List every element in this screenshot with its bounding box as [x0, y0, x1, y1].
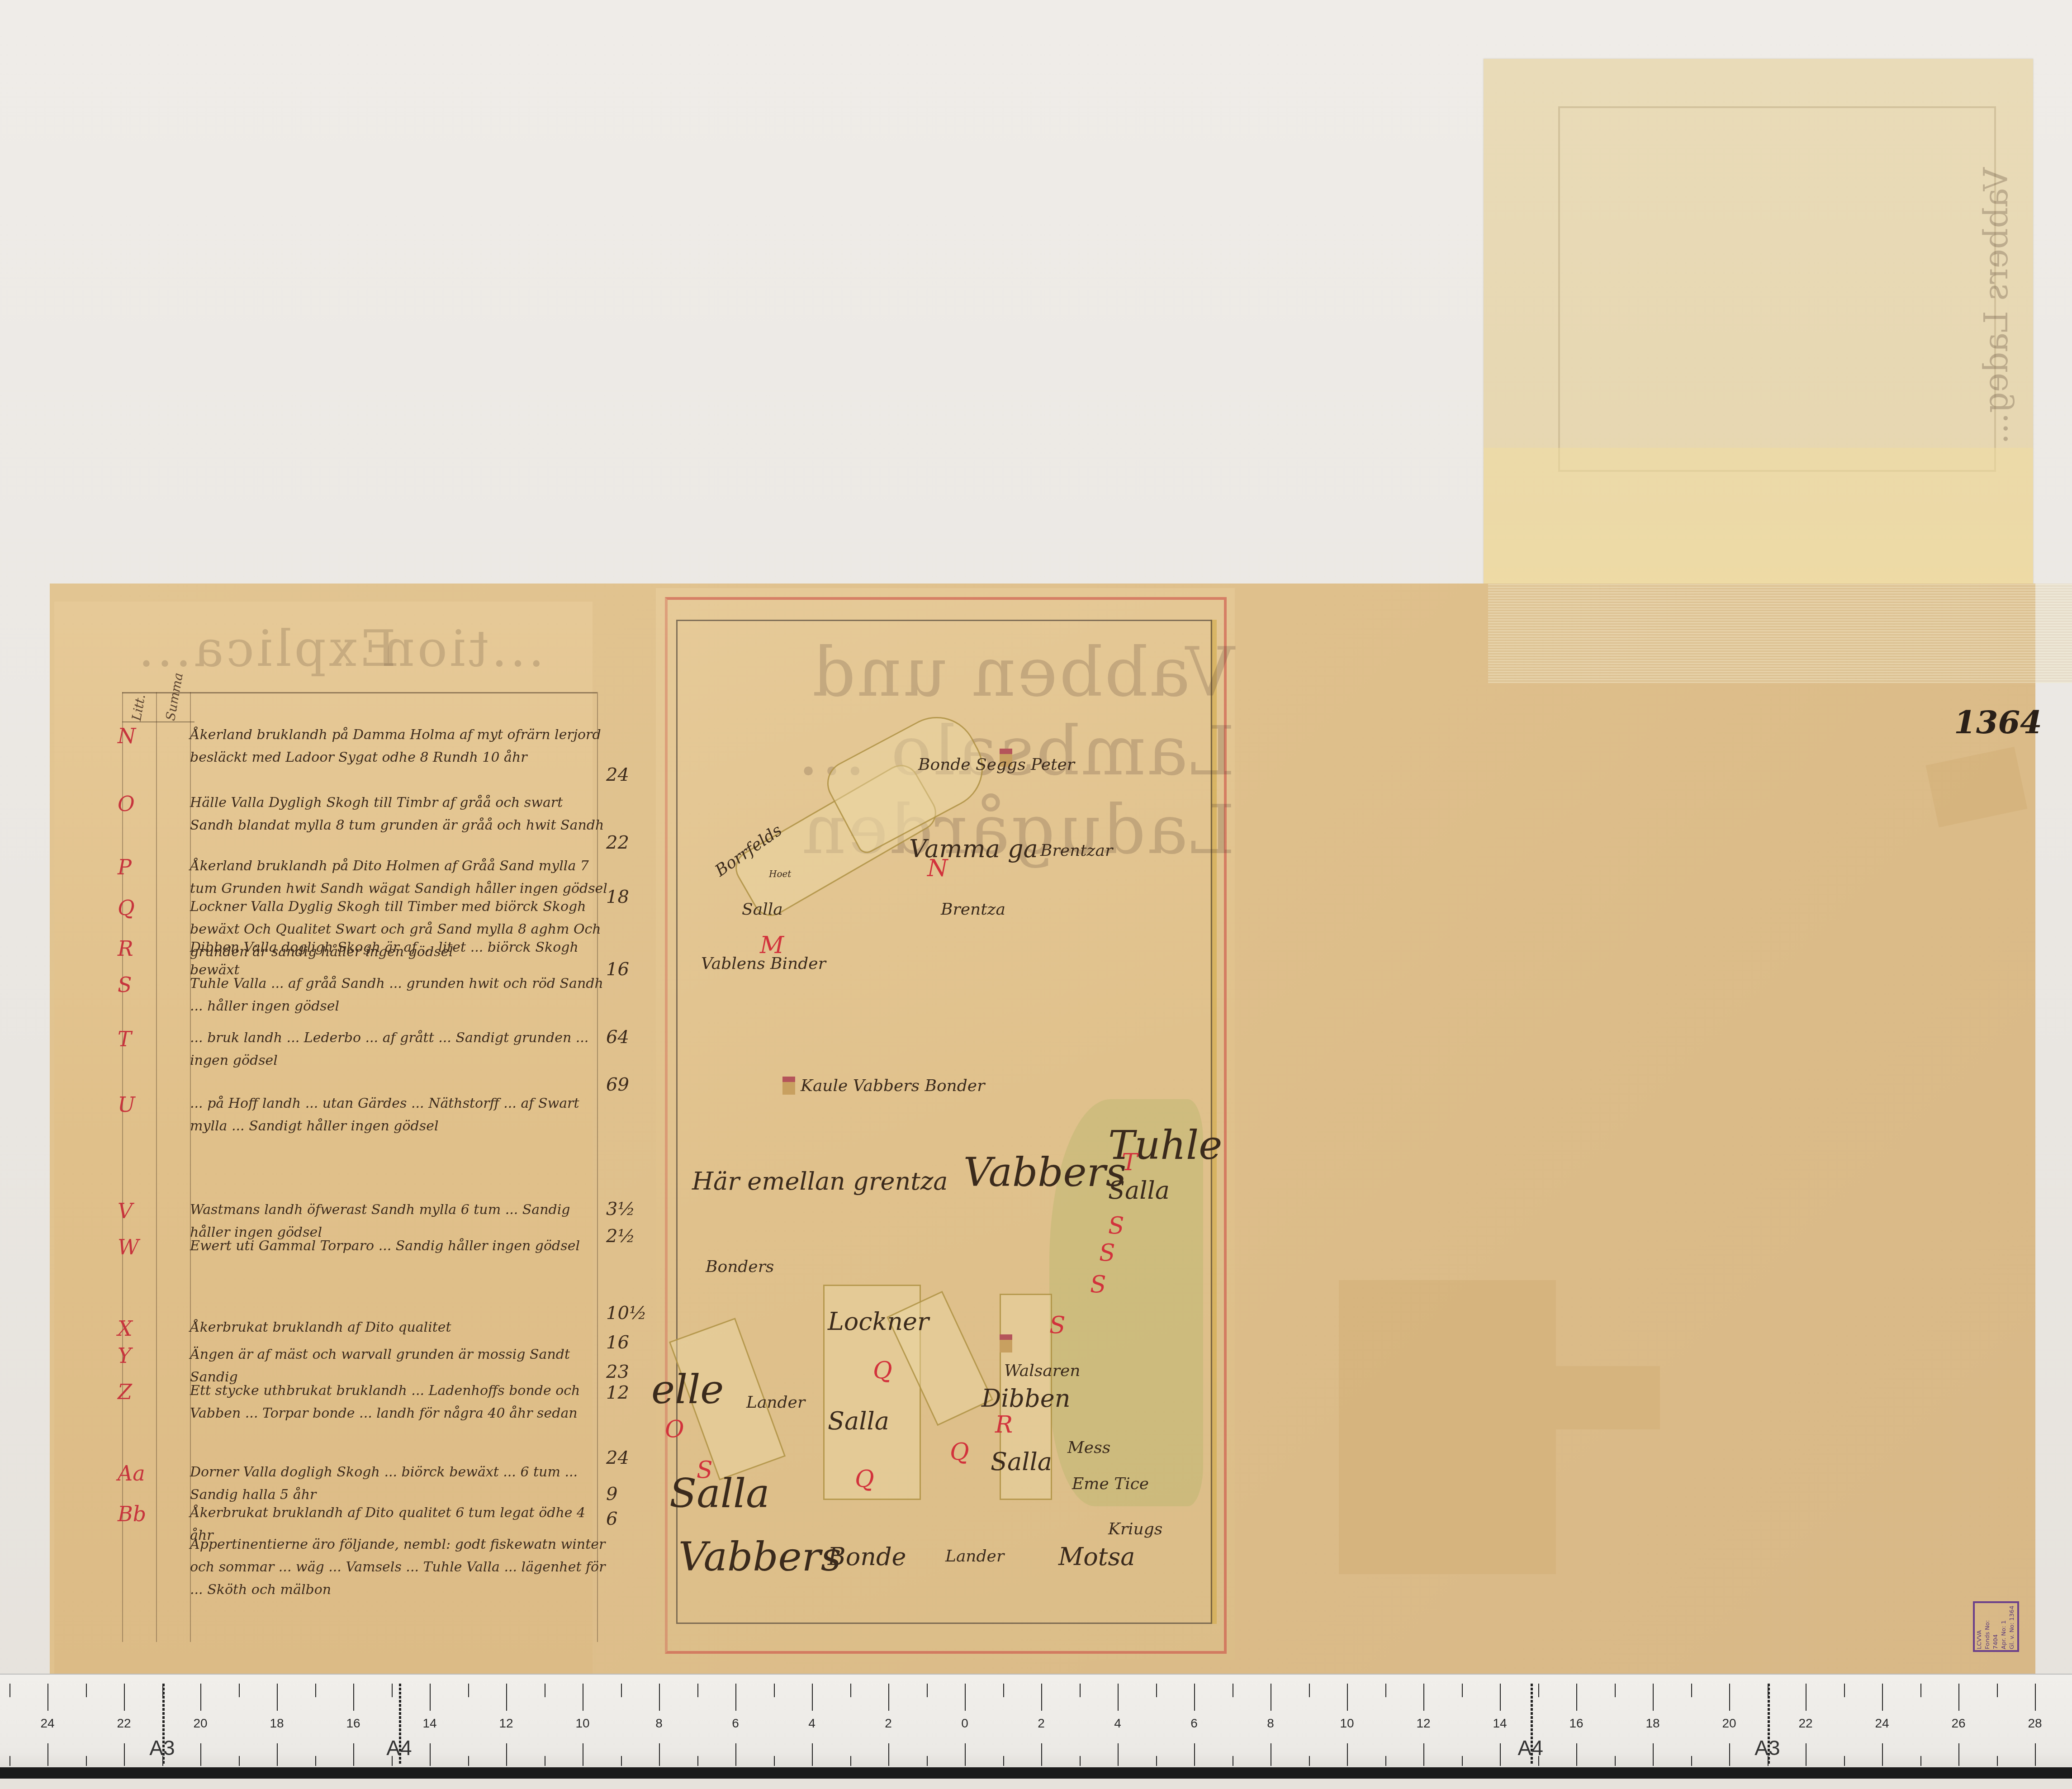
ruler-tick — [1156, 1756, 1157, 1766]
ruler-tick — [1271, 1684, 1271, 1711]
parcel-letter-mark: S — [1090, 1271, 1106, 1298]
ruler-tick — [1729, 1684, 1730, 1711]
ruler-tick — [1309, 1756, 1310, 1766]
ruler-tick — [1576, 1743, 1577, 1766]
ruler-tick — [2035, 1743, 2036, 1766]
column-rule — [122, 692, 123, 1642]
map-label: Lockner — [828, 1307, 929, 1336]
parcel-letter-mark: Q — [950, 1438, 969, 1466]
repair-patch — [1556, 1366, 1660, 1429]
ruler-tick-label: 2 — [885, 1716, 892, 1731]
ruler-tick-label: 12 — [1416, 1716, 1430, 1731]
ruler-tick — [583, 1743, 583, 1766]
ruler-tick — [1233, 1684, 1233, 1697]
entry-letter: R — [118, 936, 133, 961]
entry-area: 69 — [606, 1074, 629, 1095]
entry-area: 3½ — [606, 1199, 635, 1220]
ruler-tick-label: 16 — [346, 1716, 360, 1731]
ruler-tick — [1385, 1684, 1386, 1697]
ruler-base — [0, 1767, 2072, 1779]
ruler-tick-label: 14 — [422, 1716, 436, 1731]
map-label: Dibben — [981, 1384, 1070, 1413]
entry-letter: U — [118, 1092, 135, 1117]
ruler-tick — [86, 1684, 87, 1697]
ruler-tick — [9, 1756, 10, 1766]
stamp-line: Gl. v. No: 1364 — [2008, 1604, 2016, 1649]
ruler-tick — [239, 1756, 240, 1766]
ruler-tick — [545, 1756, 545, 1766]
map-label: Salla — [828, 1407, 889, 1435]
ruler-tick — [1500, 1684, 1501, 1711]
ruler-tick — [1118, 1684, 1119, 1711]
entry-letter: N — [118, 724, 136, 748]
ruler-tick — [1003, 1684, 1004, 1697]
ruler-tick-label: 8 — [655, 1716, 663, 1731]
ruler-tick — [200, 1743, 201, 1766]
entry-letter: Bb — [118, 1502, 146, 1526]
entry-letter: T — [118, 1027, 132, 1051]
entry-text: Dorner Valla dogligh Skogh ... biörck be… — [190, 1461, 611, 1506]
entry-letter: P — [118, 855, 132, 879]
ruler-tick-label: 14 — [1493, 1716, 1507, 1731]
entry-letter: Q — [118, 896, 135, 920]
ruler-tick — [850, 1756, 851, 1766]
entry-area: 64 — [606, 1027, 629, 1048]
ruler-tick — [1003, 1756, 1004, 1766]
sheet-number: 1364 — [1954, 703, 2042, 741]
map-label: Lander — [945, 1547, 1004, 1566]
ruler-tick — [1997, 1684, 1998, 1697]
ruler-tick — [774, 1684, 775, 1697]
ruler-tick — [239, 1684, 240, 1697]
entry-area: 9 — [606, 1484, 617, 1504]
map-label: Brentza — [941, 900, 1005, 919]
entry-area: 24 — [606, 764, 629, 785]
stamp-line: Apr. No: 1 — [2000, 1604, 2008, 1649]
ruler-tick — [2035, 1684, 2036, 1711]
entry-letter: V — [118, 1199, 133, 1223]
ruler-tick — [1920, 1756, 1921, 1766]
entry-area: 2½ — [606, 1226, 635, 1247]
map-label: Bonde — [828, 1542, 906, 1571]
ruler-tick — [583, 1684, 583, 1711]
ruler-tick — [1958, 1743, 1959, 1766]
ruler-tick — [1500, 1743, 1501, 1766]
cover-ghost-title: Vabbers Ladeg... — [1977, 167, 2015, 444]
ruler-tick — [1347, 1743, 1348, 1766]
parcel-letter-mark: T — [1122, 1149, 1138, 1176]
ruler-tick — [1385, 1756, 1386, 1766]
ruler-tick-label: 18 — [1645, 1716, 1659, 1731]
cover-sheet: Vabbers Ladeg... — [1484, 59, 2033, 629]
ruler-tick — [315, 1756, 316, 1766]
ruler-tick — [735, 1684, 736, 1711]
ruler-tick — [1347, 1684, 1348, 1711]
paper-format-label: A4 — [1517, 1736, 1543, 1760]
ruler-tick — [353, 1684, 354, 1711]
table-top-rule — [122, 692, 597, 693]
entry-text: Hälle Valla Dygligh Skogh till Timbr af … — [190, 792, 611, 837]
repair-patch — [1339, 1280, 1556, 1574]
ruler-tick-label: 4 — [808, 1716, 816, 1731]
parcel-letter-mark: S — [1108, 1212, 1124, 1239]
ruler-tick-label: 2 — [1038, 1716, 1045, 1731]
ruler-tick — [1958, 1684, 1959, 1711]
map-label: elle — [651, 1366, 724, 1413]
ruler-tick-label: 20 — [1722, 1716, 1736, 1731]
entry-letter: W — [118, 1235, 139, 1259]
map-label: Salla — [742, 900, 783, 919]
ruler-tick — [812, 1684, 813, 1711]
stamp-header: LCVVA — [1976, 1604, 1984, 1649]
ruler-tick — [506, 1743, 507, 1766]
map-label: Bonde Seggs Peter — [918, 755, 1075, 774]
column-header-litt: Litt. — [129, 693, 148, 722]
entry-area: 22 — [606, 832, 629, 853]
ruler-tick — [1423, 1743, 1424, 1766]
ruler-tick — [1118, 1743, 1119, 1766]
ruler-tick-label: 12 — [499, 1716, 513, 1731]
ruler-tick — [47, 1743, 48, 1766]
ruler-tick — [965, 1684, 966, 1711]
cover-frame — [1558, 106, 1996, 472]
ruler-tick — [1080, 1756, 1081, 1766]
ruler-tick — [735, 1743, 736, 1766]
ruler-tick — [124, 1743, 125, 1766]
map-label: Hoet — [769, 868, 791, 879]
archive-stamp: LCVVA Fonds No: 7404 Apr. No: 1 Gl. v. N… — [1973, 1601, 2019, 1652]
map-label: Salla — [991, 1447, 1052, 1476]
measuring-ruler: 3836343230282624222018161412108642024681… — [0, 1674, 2072, 1779]
map-label: Vabbers — [963, 1149, 1126, 1196]
ruler-tick — [1882, 1684, 1883, 1711]
ruler-tick — [1271, 1743, 1271, 1766]
ruler-tick — [850, 1684, 851, 1697]
ruler-tick — [200, 1684, 201, 1711]
ruler-tick — [774, 1756, 775, 1766]
entry-text: ... på Hoff landh ... utan Gärdes ... Nä… — [190, 1092, 611, 1138]
ruler-tick — [927, 1684, 928, 1697]
ruler-tick — [927, 1756, 928, 1766]
column-rule — [156, 692, 157, 1642]
ruler-tick-label: 10 — [1340, 1716, 1354, 1731]
ruler-tick — [1462, 1684, 1463, 1697]
ruler-tick — [1882, 1743, 1883, 1766]
parcel-letter-mark: M — [760, 932, 784, 959]
ruler-tick — [468, 1756, 469, 1766]
map-label: Lander — [746, 1393, 805, 1412]
farmhouse-icon — [782, 1077, 795, 1095]
entry-area: 23 12 — [606, 1362, 629, 1403]
entry-text: Ewert uti Gammal Torparo ... Sandig håll… — [190, 1235, 611, 1258]
ruler-tick — [621, 1684, 622, 1697]
entry-text: Ett stycke uthbrukat bruklandh ... Laden… — [190, 1380, 611, 1425]
entry-letter: Aa — [118, 1461, 145, 1485]
parcel-letter-mark: S — [1049, 1312, 1066, 1339]
gauze-reinforcement — [1488, 584, 2072, 683]
parcel-letter-mark: Q — [855, 1466, 874, 1493]
entry-letter: Z — [118, 1380, 132, 1404]
entry-letter: S — [118, 973, 132, 997]
ruler-tick — [1423, 1684, 1424, 1711]
paper-format-label: A3 — [1754, 1736, 1780, 1760]
paper-format-label: A4 — [386, 1736, 412, 1760]
ruler-tick — [353, 1743, 354, 1766]
ruler-tick — [277, 1743, 278, 1766]
ruler-tick — [1806, 1684, 1806, 1711]
ruler-tick — [965, 1743, 966, 1766]
ruler-tick-label: 18 — [270, 1716, 284, 1731]
ruler-tick — [1156, 1684, 1157, 1697]
ruler-tick — [86, 1756, 87, 1766]
ruler-tick — [124, 1684, 125, 1711]
entry-text: ... bruk landh ... Lederbo ... af grått … — [190, 1027, 611, 1072]
ruler-tick — [9, 1684, 10, 1697]
ruler-tick — [1806, 1743, 1806, 1766]
ruler-tick-label: 10 — [575, 1716, 589, 1731]
ruler-tick-label: 0 — [961, 1716, 968, 1731]
ruler-tick — [47, 1684, 48, 1711]
ghost-heading-right: ...tion — [380, 620, 544, 678]
ruler-tick-label: 4 — [1114, 1716, 1121, 1731]
ruler-tick — [315, 1684, 316, 1697]
ruler-tick — [1615, 1684, 1616, 1697]
ruler-tick — [1691, 1756, 1692, 1766]
ruler-tick — [1615, 1756, 1616, 1766]
stamp-line: Fonds No: 7404 — [1984, 1604, 2000, 1649]
explanation-page: Explica... ...tion Litt. Summa N Åkerlan… — [54, 602, 593, 1674]
ruler-tick-label: 8 — [1267, 1716, 1274, 1731]
ruler-tick-label: 22 — [117, 1716, 131, 1731]
column-header-summa: Summa — [163, 672, 186, 722]
entry-area: 6 — [606, 1509, 617, 1529]
ruler-tick — [545, 1684, 545, 1697]
map-label: Salla — [669, 1470, 770, 1517]
ruler-tick — [1462, 1756, 1463, 1766]
ruler-tick — [621, 1756, 622, 1766]
ruler-tick — [506, 1684, 507, 1711]
map-label: Vabbers — [678, 1533, 841, 1580]
ruler-tick — [1080, 1684, 1081, 1697]
ruler-tick — [1729, 1743, 1730, 1766]
entry-letter: O — [118, 792, 135, 816]
map-label: Mess — [1067, 1438, 1110, 1457]
entry-area: 10½ — [606, 1303, 647, 1324]
ruler-tick — [392, 1684, 393, 1697]
parcel-letter-mark: S — [697, 1457, 713, 1484]
ruler-tick — [697, 1684, 698, 1697]
ruler-tick-label: 20 — [193, 1716, 207, 1731]
ruler-tick — [1309, 1684, 1310, 1697]
map-label: Motsa — [1058, 1542, 1135, 1571]
parcel-letter-mark: Q — [873, 1357, 892, 1384]
ghost-heading-left: Explica... — [136, 620, 396, 678]
entry-text: Tuhle Valla ... af gråå Sandh ... grunde… — [190, 973, 611, 1018]
farmhouse-icon — [1000, 1334, 1012, 1352]
map-label: Walsaren — [1004, 1362, 1081, 1380]
map-label: Salla — [1108, 1176, 1170, 1205]
ruler-tick — [812, 1743, 813, 1766]
ruler-tick — [1576, 1684, 1577, 1711]
paper-format-label: A3 — [149, 1736, 175, 1760]
ruler-tick — [1997, 1756, 1998, 1766]
ruler-tick — [659, 1743, 660, 1766]
ruler-tick — [277, 1684, 278, 1711]
ruler-tick — [1844, 1756, 1845, 1766]
ruler-tick — [888, 1743, 889, 1766]
map-label: Eme Tice — [1072, 1475, 1149, 1493]
entry-letter: X — [118, 1316, 133, 1341]
ruler-tick — [1041, 1743, 1042, 1766]
ruler-tick — [1691, 1684, 1692, 1697]
map-label: Brentzar — [1040, 841, 1113, 860]
header-rule — [122, 721, 194, 722]
ruler-tick-label: 24 — [40, 1716, 54, 1731]
ruler-tick — [659, 1684, 660, 1711]
ruler-tick-label: 24 — [1875, 1716, 1889, 1731]
entry-text: Appertinentierne äro följande, nembl: go… — [190, 1533, 611, 1601]
entry-letter: Y — [118, 1343, 131, 1368]
ruler-tick — [1844, 1684, 1845, 1697]
ruler-tick-label: 16 — [1569, 1716, 1583, 1731]
ruler-tick — [468, 1684, 469, 1697]
entry-text: Åkerland bruklandh på Damma Holma af myt… — [190, 724, 611, 769]
ruler-tick-label: 6 — [732, 1716, 739, 1731]
ruler-tick — [1653, 1684, 1654, 1711]
ruler-tick-label: 22 — [1798, 1716, 1812, 1731]
ruler-tick-label: 6 — [1190, 1716, 1198, 1731]
entry-area: 16 — [606, 1332, 629, 1353]
repair-patch — [1926, 747, 2028, 828]
entry-text: Åkerbrukat bruklandh af Dito qualitet — [190, 1316, 611, 1339]
ruler-tick — [430, 1743, 431, 1766]
ruler-tick — [1041, 1684, 1042, 1711]
ruler-tick — [1194, 1743, 1195, 1766]
ruler-tick — [1233, 1756, 1233, 1766]
ruler-tick-label: 26 — [1951, 1716, 1965, 1731]
ruler-tick — [1194, 1684, 1195, 1711]
map-label: Kriugs — [1108, 1520, 1162, 1538]
ruler-tick — [430, 1684, 431, 1711]
ruler-tick — [888, 1684, 889, 1711]
map-label: Här emellan grentza — [692, 1167, 948, 1196]
ruler-tick — [1653, 1743, 1654, 1766]
map-label: Kaule Vabbers Bonder — [801, 1077, 985, 1095]
ruler-tick — [1920, 1684, 1921, 1697]
map-label: Bonders — [706, 1258, 774, 1276]
entry-area: 24 — [606, 1447, 629, 1468]
parcel-letter-mark: R — [995, 1411, 1013, 1438]
entry-text: Åkerland bruklandh på Dito Holmen af Grå… — [190, 855, 611, 900]
ruler-tick — [1538, 1684, 1539, 1697]
ruler-tick-label: 28 — [2028, 1716, 2042, 1731]
ruler-tick — [697, 1756, 698, 1766]
parcel-letter-mark: S — [1099, 1239, 1115, 1267]
parcel-letter-mark: N — [927, 855, 948, 882]
parcel-letter-mark: O — [665, 1416, 684, 1443]
map-page: Vabben und Lambsalo ... Ladugården Bonde… — [656, 588, 1235, 1660]
